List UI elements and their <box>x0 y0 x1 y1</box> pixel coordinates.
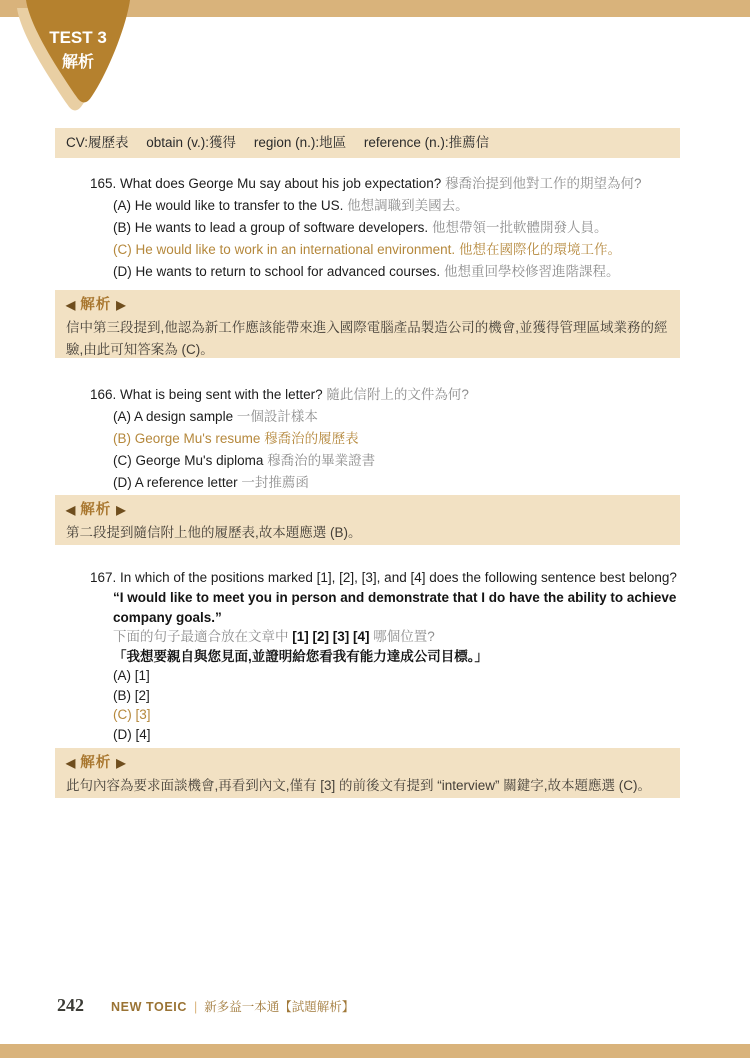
test-badge: TEST 3 解析 <box>12 0 172 132</box>
question-block-165: 165. What does George Mu say about his j… <box>90 173 692 283</box>
option-line-b: (B) [2] <box>113 686 692 706</box>
option-label: (D) <box>113 475 132 490</box>
right-arrow-icon: ▶ <box>116 756 125 770</box>
quoted-sentence-en: “I would like to meet you in person and … <box>113 588 692 627</box>
option-label: (C) <box>113 707 132 722</box>
analysis-header: ◀ 解析 ▶ <box>66 752 668 775</box>
option-text-zh: 他想調職到美國去。 <box>347 198 469 213</box>
option-text-en: [4] <box>136 727 151 742</box>
position-question-zh: 下面的句子最適合放在文章中 [1] [2] [3] [4] 哪個位置? <box>113 627 692 647</box>
vocab-item: region (n.):地區 <box>254 135 346 150</box>
option-line-b: (B) He wants to lead a group of software… <box>113 217 692 239</box>
vocab-item: obtain (v.):獲得 <box>146 135 236 150</box>
option-text-zh: 他想在國際化的環境工作。 <box>459 242 621 257</box>
option-line-d: (D) He wants to return to school for adv… <box>113 261 692 283</box>
question-text-zh: 穆喬治提到他對工作的期望為何? <box>445 176 642 191</box>
question-text-en: In which of the positions marked [1], [2… <box>120 570 677 585</box>
position-zh-prefix: 下面的句子最適合放在文章中 <box>113 629 289 644</box>
option-label: (D) <box>113 727 132 742</box>
option-text-en: He wants to return to school for advance… <box>136 264 441 279</box>
question-text-en: What is being sent with the letter? <box>120 387 323 402</box>
position-markers: [1] [2] [3] [4] <box>292 629 369 644</box>
badge-subtitle: 解析 <box>62 52 94 71</box>
bottom-accent-bar <box>0 1044 750 1058</box>
option-line-d: (D) A reference letter 一封推薦函 <box>113 472 692 494</box>
question-number: 165. <box>90 176 116 191</box>
options-list: (A) He would like to transfer to the US.… <box>90 195 692 283</box>
option-text-en: [3] <box>136 707 151 722</box>
option-label: (C) <box>113 242 132 257</box>
option-text-zh: 一封推薦函 <box>241 475 309 490</box>
vocab-bar: CV:履歷表 obtain (v.):獲得 region (n.):地區 ref… <box>55 128 680 158</box>
right-arrow-icon: ▶ <box>116 298 125 312</box>
question-line: 167. In which of the positions marked [1… <box>90 567 692 588</box>
option-text-en: He would like to transfer to the US. <box>135 198 344 213</box>
option-text-zh: 他想帶領一批軟體開發人員。 <box>432 220 608 235</box>
option-text-zh: 穆喬治的履歷表 <box>264 431 359 446</box>
question-line: 166. What is being sent with the letter?… <box>90 384 692 406</box>
option-label: (A) <box>113 668 131 683</box>
left-arrow-icon: ◀ <box>66 503 75 517</box>
option-text-zh: 一個設計樣本 <box>237 409 318 424</box>
option-text-zh: 他想重回學校修習進階課程。 <box>444 264 620 279</box>
analysis-header: ◀ 解析 ▶ <box>66 294 668 317</box>
analysis-text: 此句內容為要求面談機會,再看到內文,僅有 [3] 的前後文有提到 “interv… <box>66 775 668 797</box>
option-text-en: George Mu's diploma <box>136 453 264 468</box>
option-label: (C) <box>113 453 132 468</box>
option-line-c: (C) George Mu's diploma 穆喬治的畢業證書 <box>113 450 692 472</box>
badge-title: TEST 3 <box>49 28 107 47</box>
option-label: (B) <box>113 220 131 235</box>
option-label: (B) <box>113 688 131 703</box>
left-arrow-icon: ◀ <box>66 298 75 312</box>
option-label: (D) <box>113 264 132 279</box>
analysis-box-167: ◀ 解析 ▶ 此句內容為要求面談機會,再看到內文,僅有 [3] 的前後文有提到 … <box>55 748 680 798</box>
question-number: 167. <box>90 570 116 585</box>
analysis-box-165: ◀ 解析 ▶ 信中第三段提到,他認為新工作應該能帶來進入國際電腦產品製造公司的機… <box>55 290 680 358</box>
book-title: 新多益一本通【試題解析】 <box>204 997 354 1015</box>
option-label: (A) <box>113 198 131 213</box>
option-label: (B) <box>113 431 131 446</box>
analysis-title: 解析 <box>80 502 111 518</box>
option-line-a: (A) [1] <box>113 666 692 686</box>
analysis-text: 第二段提到隨信附上他的履歷表,故本題應選 (B)。 <box>66 522 668 544</box>
analysis-title: 解析 <box>80 755 111 771</box>
separator: | <box>194 1000 197 1014</box>
option-text-en: George Mu's resume <box>135 431 261 446</box>
option-text-en: He would like to work in an internationa… <box>136 242 456 257</box>
option-line-c-correct: (C) [3] <box>113 705 692 725</box>
options-list: (A) A design sample 一個設計樣本 (B) George Mu… <box>90 406 692 494</box>
option-text-en: A design sample <box>134 409 233 424</box>
question-block-167: 167. In which of the positions marked [1… <box>90 567 692 744</box>
page-number: 242 <box>57 995 84 1016</box>
question-text-en: What does George Mu say about his job ex… <box>120 176 441 191</box>
question-number: 166. <box>90 387 116 402</box>
badge-shape-svg: TEST 3 解析 <box>12 0 172 132</box>
options-list: (A) [1] (B) [2] (C) [3] (D) [4] <box>90 666 692 744</box>
option-text-en: He wants to lead a group of software dev… <box>135 220 428 235</box>
option-text-zh: 穆喬治的畢業證書 <box>267 453 375 468</box>
option-line-b-correct: (B) George Mu's resume 穆喬治的履歷表 <box>113 428 692 450</box>
footer: 242 NEW TOEIC | 新多益一本通【試題解析】 <box>57 995 354 1016</box>
question-line: 165. What does George Mu say about his j… <box>90 173 692 195</box>
left-arrow-icon: ◀ <box>66 756 75 770</box>
option-text-en: A reference letter <box>135 475 238 490</box>
analysis-header: ◀ 解析 ▶ <box>66 499 668 522</box>
series-name: NEW TOEIC <box>111 1000 187 1014</box>
vocab-item: reference (n.):推薦信 <box>364 135 489 150</box>
question-text-zh: 隨此信附上的文件為何? <box>326 387 469 402</box>
position-zh-suffix: 哪個位置? <box>373 629 435 644</box>
analysis-text: 信中第三段提到,他認為新工作應該能帶來進入國際電腦產品製造公司的機會,並獲得管理… <box>66 317 668 361</box>
analysis-title: 解析 <box>80 297 111 313</box>
option-line-a: (A) A design sample 一個設計樣本 <box>113 406 692 428</box>
question-block-166: 166. What is being sent with the letter?… <box>90 384 692 494</box>
quoted-sentence-zh: 「我想要親自與您見面,並證明給您看我有能力達成公司目標。」 <box>113 647 692 667</box>
option-text-en: [1] <box>135 668 150 683</box>
analysis-box-166: ◀ 解析 ▶ 第二段提到隨信附上他的履歷表,故本題應選 (B)。 <box>55 495 680 545</box>
option-line-d: (D) [4] <box>113 725 692 745</box>
option-text-en: [2] <box>135 688 150 703</box>
option-line-c-correct: (C) He would like to work in an internat… <box>113 239 692 261</box>
vocab-item: CV:履歷表 <box>66 135 129 150</box>
option-label: (A) <box>113 409 131 424</box>
option-line-a: (A) He would like to transfer to the US.… <box>113 195 692 217</box>
right-arrow-icon: ▶ <box>116 503 125 517</box>
